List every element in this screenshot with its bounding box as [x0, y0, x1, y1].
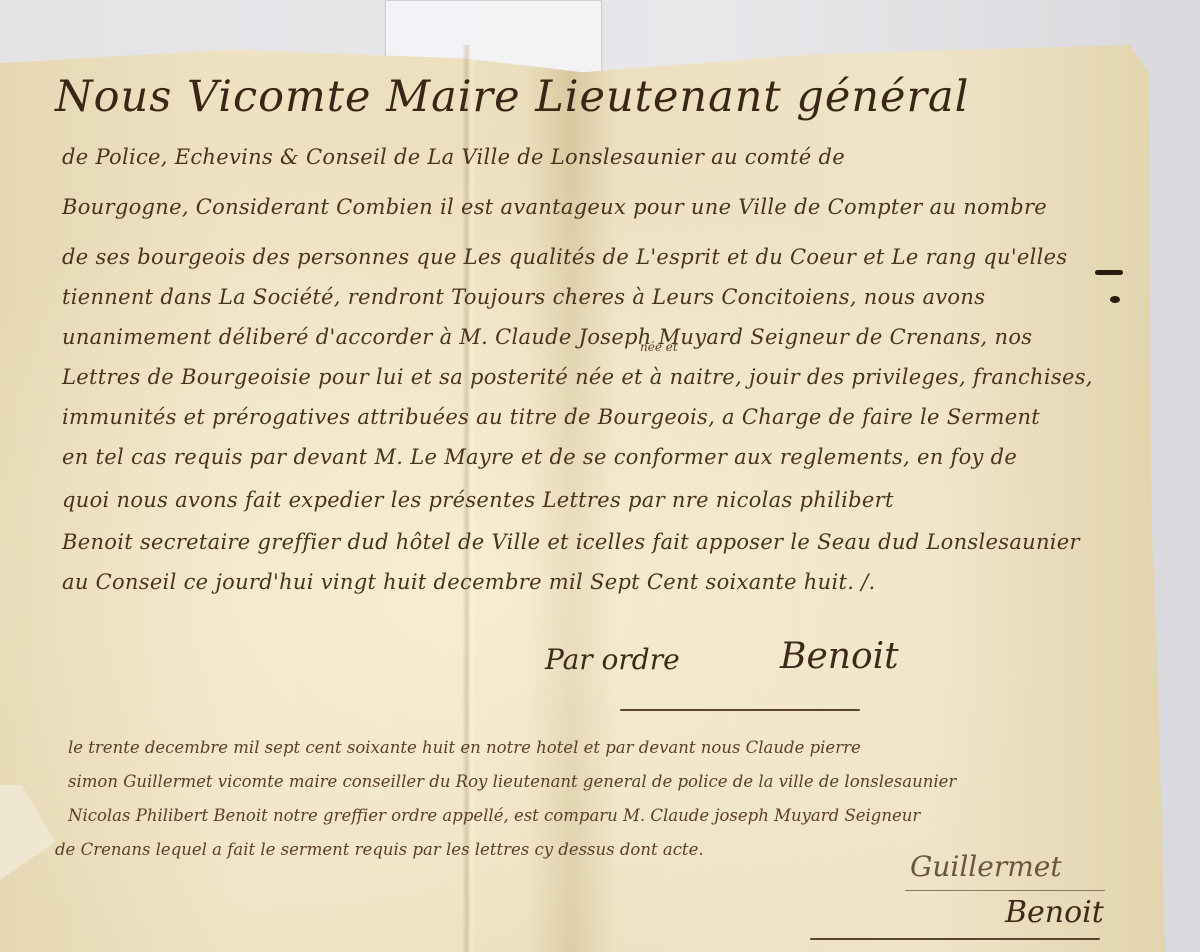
- body-line-1: de Police, Echevins & Conseil de La Vill…: [62, 145, 845, 169]
- endorsement-line-3: Nicolas Philibert Benoit notre greffier …: [68, 806, 920, 825]
- endorsement-signature-1: Guillermet: [910, 850, 1062, 883]
- endorsement-signature-2: Benoit: [1005, 895, 1104, 930]
- endorsement-line-1: le trente decembre mil sept cent soixant…: [68, 738, 861, 757]
- document-title-line: Nous Vicomte Maire Lieutenant général: [55, 72, 969, 122]
- signature-underline: [905, 890, 1105, 891]
- interlinear-insert: née et: [640, 340, 678, 354]
- body-line-5: unanimement déliberé d'accorder à M. Cla…: [62, 325, 1032, 349]
- endorsement-line-2: simon Guillermet vicomte maire conseille…: [68, 772, 956, 791]
- body-line-2: Bourgogne, Considerant Combien il est av…: [62, 195, 1047, 219]
- body-line-3: de ses bourgeois des personnes que Les q…: [62, 245, 1068, 269]
- endorsement-line-4: de Crenans lequel a fait le serment requ…: [55, 840, 704, 859]
- signature-flourish: [620, 709, 860, 711]
- endorsement-flourish: [810, 938, 1100, 940]
- body-line-8: en tel cas requis par devant M. Le Mayre…: [62, 445, 1017, 469]
- signature-name: Benoit: [780, 636, 899, 677]
- ink-dash: [1095, 270, 1123, 275]
- body-line-11: au Conseil ce jourd'hui vingt huit decem…: [62, 570, 876, 594]
- body-line-7: immunités et prérogatives attribuées au …: [62, 405, 1040, 429]
- signature-label: Par ordre: [545, 643, 680, 676]
- ink-dot: [1110, 296, 1120, 303]
- body-line-10: Benoit secretaire greffier dud hôtel de …: [62, 530, 1080, 554]
- body-line-6: Lettres de Bourgeoisie pour lui et sa po…: [62, 365, 1093, 389]
- body-line-9: quoi nous avons fait expedier les présen…: [62, 488, 894, 512]
- body-line-4: tiennent dans La Société, rendront Toujo…: [62, 285, 985, 309]
